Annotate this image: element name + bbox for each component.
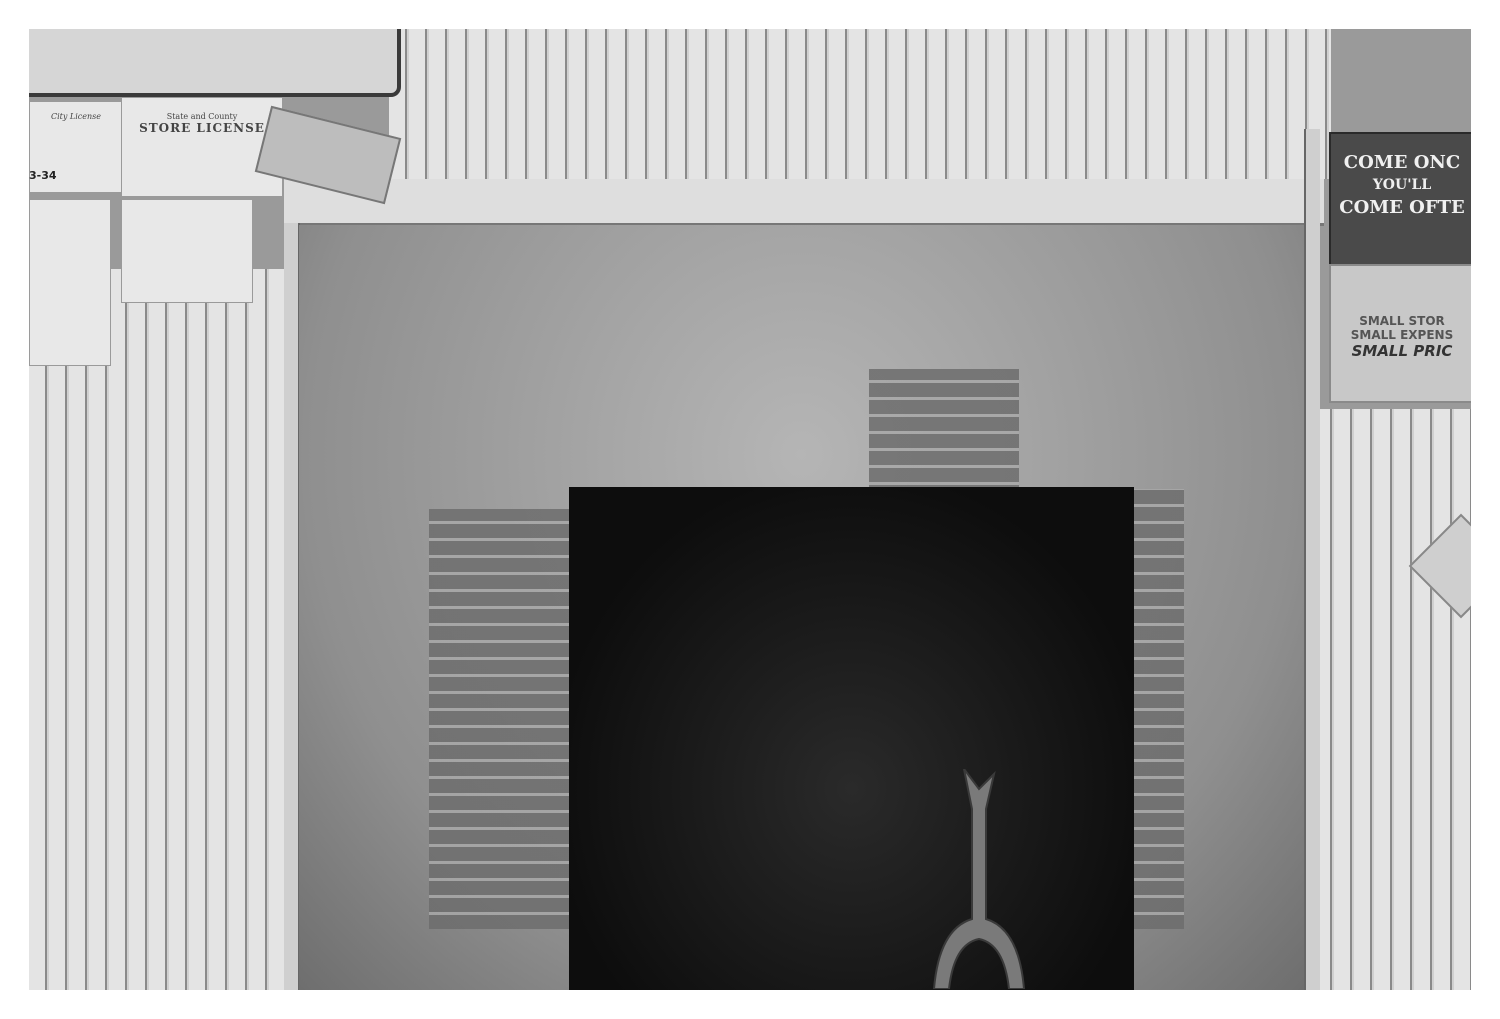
mantel-board xyxy=(284,179,1324,226)
small-store-sign: SMALL STOR SMALL EXPENS SMALL PRIC xyxy=(1329,264,1471,403)
beadboard-wall-top xyxy=(389,29,1331,179)
handwritten-note xyxy=(121,199,253,303)
wall-post-left xyxy=(284,223,300,990)
exposed-brick-lintel xyxy=(869,369,1019,499)
sign-line: YOU'LL xyxy=(1331,177,1471,193)
store-license-subtitle: State and County xyxy=(122,112,282,121)
photograph: City License 3-34 State and County STORE… xyxy=(29,29,1471,990)
store-license-title: STORE LICENSE xyxy=(122,121,282,135)
beadboard-wall-right xyxy=(1314,409,1471,990)
city-license-title: City License xyxy=(30,112,122,121)
picture-frame xyxy=(29,29,401,97)
firebox-opening xyxy=(569,487,1134,990)
store-license-document: State and County STORE LICENSE xyxy=(121,97,283,197)
posted-notice xyxy=(29,199,111,366)
sign-line: COME OFTE xyxy=(1331,197,1471,218)
andiron-icon xyxy=(924,769,1034,989)
sign-line: SMALL STOR xyxy=(1331,314,1471,328)
wall-post-right xyxy=(1304,129,1320,990)
beadboard-wall-left xyxy=(29,269,299,990)
sign-line: COME ONC xyxy=(1331,152,1471,173)
sign-line: SMALL EXPENS xyxy=(1331,328,1471,342)
sign-line: SMALL PRIC xyxy=(1331,342,1471,360)
come-once-sign: COME ONC YOU'LL COME OFTE xyxy=(1329,132,1471,266)
year-tag: 3-34 xyxy=(29,169,57,182)
